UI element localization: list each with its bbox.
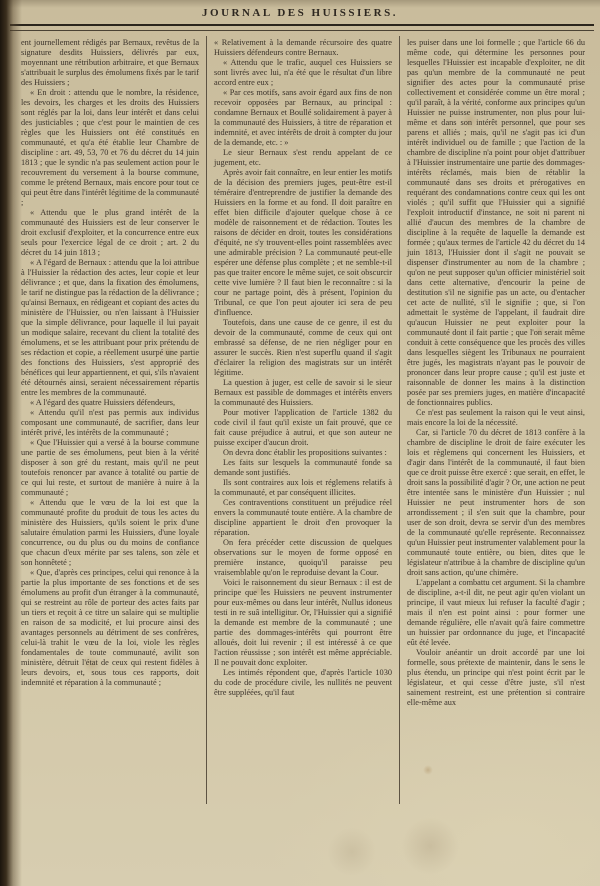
paragraph: « Relativement à la demande récursoire d… [214,38,392,58]
paragraph: On fera précéder cette discussion de que… [214,538,392,578]
paragraph: Voici le raisonnement du sieur Bernaux :… [214,578,392,668]
paragraph: Car, si l'article 70 du décret de 1813 c… [407,428,585,578]
paragraph: Après avoir fait connaître, en leur enti… [214,168,392,318]
column-1: ent journellement rédigés par Bernaux, r… [14,36,206,804]
masthead-double-rule [10,24,594,31]
paragraph: Vouloir anéantir un droit accordé par un… [407,648,585,708]
paragraph: « Attendu que le trafic, auquel ces Huis… [214,58,392,88]
paragraph: Ce n'est pas seulement la raison qui le … [407,408,585,428]
paragraph: « A l'égard de Bernaux : attendu que la … [21,258,199,398]
paragraph: les puiser dans une loi formelle ; que l… [407,38,585,408]
paragraph: Ces contraventions constituent un préjud… [214,498,392,538]
paragraph: « A l'égard des quatre Huissiers défende… [21,398,199,408]
column-3: les puiser dans une loi formelle ; que l… [399,36,592,804]
paragraph: Ils sont contraires aux lois et réglemen… [214,478,392,498]
paragraph: « Attendu que le plus grand intérêt de l… [21,208,199,258]
paragraph: « Attendu que le vœu de la loi est que l… [21,498,199,568]
paragraph: Le sieur Bernaux s'est rendu appelant de… [214,148,392,168]
paragraph: ent journellement rédigés par Bernaux, r… [21,38,199,88]
paragraph: « En droit : attendu que le nombre, la r… [21,88,199,208]
text-columns: ent journellement rédigés par Bernaux, r… [14,36,592,804]
paragraph: Pour motiver l'application de l'article … [214,408,392,448]
paragraph: Les faits sur lesquels la communauté fon… [214,458,392,478]
paragraph: « Attendu qu'il n'est pas permis aux ind… [21,408,199,438]
paragraph: Toutefois, dans une cause de ce genre, i… [214,318,392,378]
journal-page: JOURNAL DES HUISSIERS. ent journellement… [0,0,600,886]
paragraph: Les intimés répondent que, d'après l'art… [214,668,392,698]
paragraph: « Par ces motifs, sans avoir égard aux f… [214,88,392,148]
paragraph: « Que l'Huissier qui a versé à la bourse… [21,438,199,498]
paragraph: L'appelant a combattu cet argument. Si l… [407,578,585,648]
paragraph: « Que, d'après ces principes, celui qui … [21,568,199,688]
paragraph: On devra donc établir les propositions s… [214,448,392,458]
paragraph: La question à juger, est celle de savoir… [214,378,392,408]
masthead-title: JOURNAL DES HUISSIERS. [0,7,600,19]
column-2: « Relativement à la demande récursoire d… [206,36,399,804]
